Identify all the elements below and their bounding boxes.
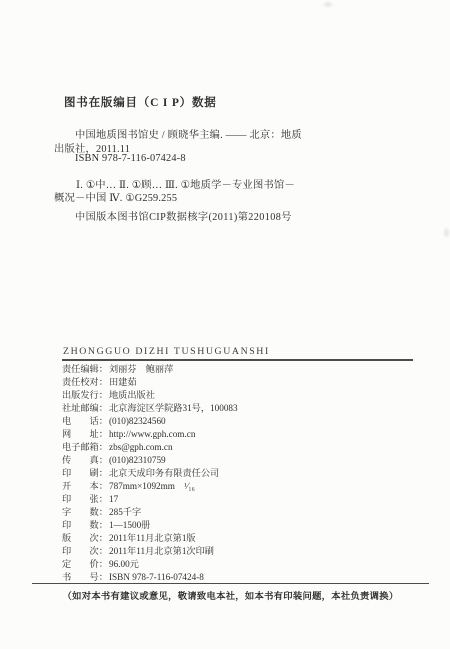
colophon-label: 电 话： xyxy=(62,415,109,428)
colophon-label: 印 次： xyxy=(62,545,109,558)
colophon-row: 字 数：285千字 xyxy=(62,506,238,519)
colophon-value: 刘丽芬 鲍丽萍 xyxy=(109,364,173,374)
colophon-value: 285千字 xyxy=(109,507,141,517)
colophon-value: 1—1500册 xyxy=(109,520,150,530)
cip-heading: 图书在版编目（C I P）数据 xyxy=(64,94,217,110)
colophon-value: 787mm×1092mm ¹⁄₁₆ xyxy=(109,481,195,491)
colophon-value: 17 xyxy=(109,494,118,504)
colophon-label: 电子邮箱： xyxy=(62,441,109,454)
colophon-label: 网 址： xyxy=(62,428,109,441)
colophon-row: 传 真：(010)82310759 xyxy=(62,454,238,467)
colophon-value: 2011年11月北京第1次印刷 xyxy=(109,546,214,556)
colophon-row: 印 数：1—1500册 xyxy=(62,519,238,532)
cip-classification-line-2: 概况－中国 Ⅳ. ①G259.255 xyxy=(54,189,177,204)
colophon-value: zbs@gph.com.cn xyxy=(109,442,173,452)
colophon-row: 印 刷：北京天成印务有限责任公司 xyxy=(62,467,238,480)
colophon-row: 电子邮箱：zbs@gph.com.cn xyxy=(62,441,238,454)
divider-above-footer xyxy=(32,583,429,584)
colophon-list: 责任编辑：刘丽芬 鲍丽萍责任校对：田建茹出版发行：地质出版社社址邮编：北京海淀区… xyxy=(62,363,238,584)
colophon-row: 责任编辑：刘丽芬 鲍丽萍 xyxy=(62,363,238,376)
colophon-label: 印 张： xyxy=(62,493,109,506)
scan-artifact xyxy=(444,228,449,237)
scan-artifact xyxy=(324,2,332,7)
colophon-value: (010)82324560 xyxy=(109,416,166,426)
colophon-value: 田建茹 xyxy=(109,377,137,387)
cip-isbn-line: ISBN 978-7-116-07424-8 xyxy=(75,153,186,164)
colophon-value: ISBN 978-7-116-07424-8 xyxy=(109,572,204,582)
colophon-row: 印 张：17 xyxy=(62,493,238,506)
colophon-label: 传 真： xyxy=(62,454,109,467)
colophon-value: 96.00元 xyxy=(109,559,139,569)
colophon-value: 北京海淀区学院路31号，100083 xyxy=(109,403,238,413)
cip-record-number: 中国版本图书馆CIP数据核字(2011)第220108号 xyxy=(75,208,292,223)
colophon-value: 北京天成印务有限责任公司 xyxy=(109,468,219,478)
colophon-label: 印 数： xyxy=(62,519,109,532)
colophon-value: 地质出版社 xyxy=(109,390,155,400)
colophon-row: 出版发行：地质出版社 xyxy=(62,389,238,402)
colophon-label: 字 数： xyxy=(62,506,109,519)
colophon-label: 定 价： xyxy=(62,558,109,571)
colophon-row: 开 本：787mm×1092mm ¹⁄₁₆ xyxy=(62,480,238,493)
colophon-label: 开 本： xyxy=(62,480,109,493)
pinyin-title: ZHONGGUO DIZHI TUSHUGUANSHI xyxy=(63,346,270,357)
colophon-label: 社址邮编： xyxy=(62,402,109,415)
colophon-value: (010)82310759 xyxy=(109,455,166,465)
divider-under-pinyin xyxy=(62,359,413,361)
colophon-row: 定 价：96.00元 xyxy=(62,558,238,571)
colophon-label: 印 刷： xyxy=(62,467,109,480)
book-copyright-page: 图书在版编目（C I P）数据 中国地质图书馆史 / 顾晓华主编. —— 北京：… xyxy=(0,0,450,649)
colophon-label: 出版发行： xyxy=(62,389,109,402)
footer-note: （如对本书有建议或意见，敬请致电本社，如本书有印装问题，本社负责调换） xyxy=(32,588,429,602)
colophon-value: http://www.gph.com.cn xyxy=(109,429,195,439)
colophon-row: 社址邮编：北京海淀区学院路31号，100083 xyxy=(62,402,238,415)
colophon-label: 责任编辑： xyxy=(62,363,109,376)
cip-entry-line-1: 中国地质图书馆史 / 顾晓华主编. —— 北京：地质 xyxy=(75,126,302,141)
colophon-row: 版 次：2011年11月北京第1版 xyxy=(62,532,238,545)
colophon-label: 责任校对： xyxy=(62,376,109,389)
colophon-value: 2011年11月北京第1版 xyxy=(109,533,196,543)
colophon-row: 电 话：(010)82324560 xyxy=(62,415,238,428)
colophon-row: 印 次：2011年11月北京第1次印刷 xyxy=(62,545,238,558)
colophon-row: 网 址：http://www.gph.com.cn xyxy=(62,428,238,441)
colophon-row: 责任校对：田建茹 xyxy=(62,376,238,389)
colophon-label: 版 次： xyxy=(62,532,109,545)
